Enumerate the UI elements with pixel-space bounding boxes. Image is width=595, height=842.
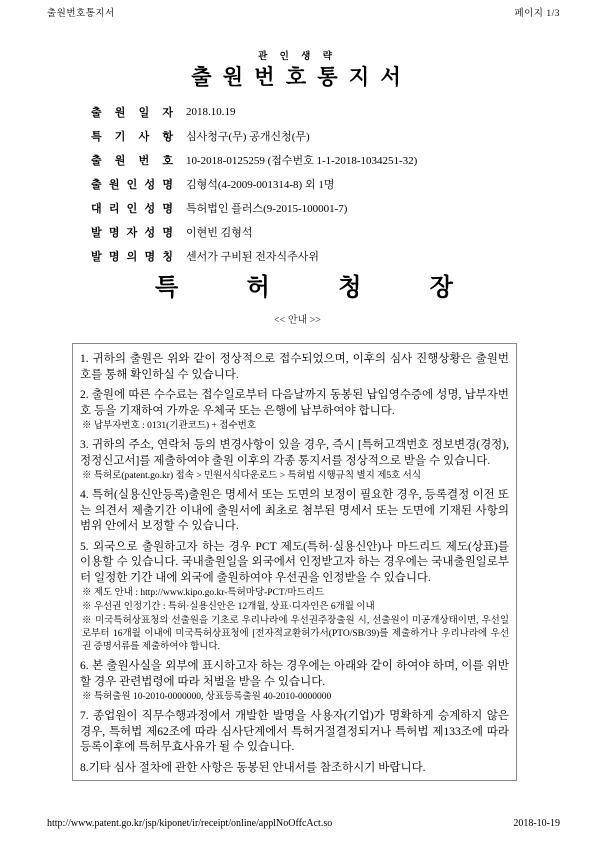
- notice-heading: << 안내 >>: [0, 311, 595, 326]
- field-value-applicant-name: 김형석(4-2009-001314-8) 외 1명: [186, 176, 334, 192]
- notice-note-system-guide: ※ 제도 안내 : http://www.kipo.go.kr-특허마당-PCT…: [82, 587, 509, 600]
- notice-item-1: 1. 귀하의 출원은 위와 같이 정상적으로 접수되었으며, 이후의 심사 진행…: [80, 352, 509, 383]
- commissioner-signature: 특 허 청 장: [155, 267, 453, 302]
- notice-item-8: 8.기타 심사 절차에 관한 사항은 동봉된 안내서를 참조하시기 바랍니다.: [80, 761, 509, 777]
- field-row-application-date: 출 원 일 자 2018.10.19: [91, 100, 561, 124]
- document-footer: http://www.patent.go.kr/jsp/kiponet/ir/r…: [47, 818, 560, 829]
- field-label-applicant-name: 출 원 인 성 명: [91, 176, 173, 192]
- header-doc-type: 출원번호통지서: [47, 5, 115, 19]
- notice-note-payer-number: ※ 납부자번호 : 0131(기관코드) + 접수번호: [82, 420, 509, 433]
- notice-item-4: 4. 특허(실용신안등록)출원은 명세서 또는 도면의 보정이 필요한 경우, …: [80, 488, 509, 535]
- header-page-indicator: 페이지 1/3: [514, 5, 560, 19]
- notice-note-uspto: ※ 미국특허상표청의 선출원을 기초로 우리나라에 우선권주장출원 시, 선출원…: [82, 615, 509, 654]
- field-row-applicant-name: 출 원 인 성 명 김형석(4-2009-001314-8) 외 1명: [91, 172, 561, 196]
- application-fields: 출 원 일 자 2018.10.19 특 기 사 항 심사청구(무) 공개신청(…: [91, 100, 561, 268]
- field-value-invention-title: 센서가 구비된 전자식주사위: [186, 248, 319, 264]
- field-label-agent-name: 대 리 인 성 명: [91, 200, 173, 216]
- notice-item-2: 2. 출원에 따른 수수료는 접수일로부터 다음날까지 동봉된 납입영수증에 성…: [80, 388, 509, 419]
- notice-item-7: 7. 종업원이 직무수행과정에서 개발한 발명을 사용자(기업)가 명확하게 승…: [80, 709, 509, 756]
- stamp-omitted-note: 관 인 생 략: [0, 48, 595, 62]
- notice-note-marking-example: ※ 특허출원 10-2010-0000000, 상표등록출원 40-2010-0…: [82, 691, 509, 704]
- document-page: 출원번호통지서 페이지 1/3 관 인 생 략 출 원 번 호 통 지 서 출 …: [0, 0, 595, 842]
- footer-url: http://www.patent.go.kr/jsp/kiponet/ir/r…: [47, 818, 332, 829]
- notice-item-6: 6. 본 출원사실을 외부에 표시하고자 하는 경우에는 아래와 같이 하여야 …: [80, 659, 509, 690]
- field-label-application-number: 출 원 번 호: [91, 152, 173, 168]
- document-title: 출 원 번 호 통 지 서: [0, 61, 595, 91]
- field-row-special-notes: 특 기 사 항 심사청구(무) 공개신청(무): [91, 124, 561, 148]
- notice-note-priority-period: ※ 우선권 인정기간 : 특허·실용신안은 12개월, 상표·디자인은 6개월 …: [82, 601, 509, 614]
- field-row-agent-name: 대 리 인 성 명 특허법인 플러스(9-2015-100001-7): [91, 196, 561, 220]
- field-row-inventor-name: 발 명 자 성 명 이현빈 김형석: [91, 220, 561, 244]
- field-row-application-number: 출 원 번 호 10-2018-0125259 (접수번호 1-1-2018-1…: [91, 148, 561, 172]
- field-label-inventor-name: 발 명 자 성 명: [91, 224, 173, 240]
- field-value-special-notes: 심사청구(무) 공개신청(무): [186, 128, 310, 144]
- field-row-invention-title: 발 명 의 명 칭 센서가 구비된 전자식주사위: [91, 244, 561, 268]
- field-value-inventor-name: 이현빈 김형석: [186, 224, 253, 240]
- field-label-invention-title: 발 명 의 명 칭: [91, 248, 173, 264]
- field-label-application-date: 출 원 일 자: [91, 104, 173, 120]
- notice-note-patent-ro: ※ 특허로(patent.go.kr) 접속 > 민원서식다운로드 > 특허법 …: [82, 470, 509, 483]
- notice-item-3: 3. 귀하의 주소, 연락처 등의 변경사항이 있을 경우, 즉시 [특허고객번…: [80, 438, 509, 469]
- notice-box: 1. 귀하의 출원은 위와 같이 정상적으로 접수되었으며, 이후의 심사 진행…: [72, 343, 517, 781]
- field-label-special-notes: 특 기 사 항: [91, 128, 173, 144]
- field-value-application-date: 2018.10.19: [186, 106, 236, 118]
- field-value-application-number: 10-2018-0125259 (접수번호 1-1-2018-1034251-3…: [186, 152, 417, 168]
- footer-date: 2018-10-19: [513, 818, 560, 829]
- document-header: 출원번호통지서 페이지 1/3: [47, 5, 560, 19]
- field-value-agent-name: 특허법인 플러스(9-2015-100001-7): [186, 200, 347, 216]
- notice-item-5: 5. 외국으로 출원하고자 하는 경우 PCT 제도(특허·실용신안)나 마드리…: [80, 540, 509, 587]
